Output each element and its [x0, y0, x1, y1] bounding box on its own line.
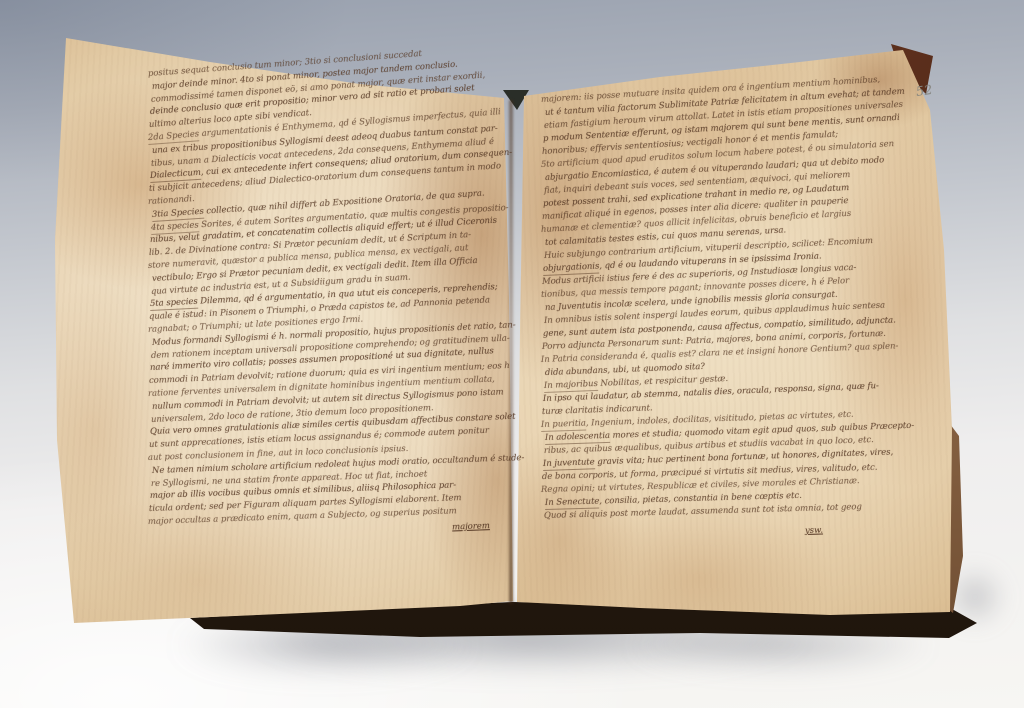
page-number: 52: [915, 83, 934, 100]
signature-flourish: ysw.: [805, 522, 915, 538]
photo-scene: positus sequat conclusio tum minor; 3tio…: [0, 0, 1024, 708]
right-page-text: majorem: iis posse mutuare insita quidem…: [543, 94, 914, 538]
left-page-text: positus sequat conclusio tum minor; 3tio…: [150, 68, 525, 544]
